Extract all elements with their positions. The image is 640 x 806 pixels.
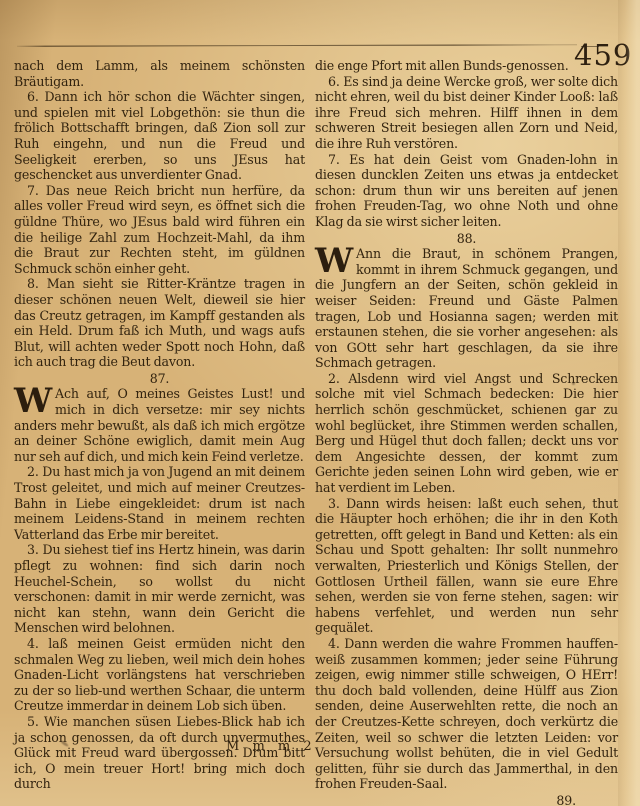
left-column: nach dem Lamm, als meinem schönsten Bräu… xyxy=(14,58,305,806)
text-columns: nach dem Lamm, als meinem schönsten Bräu… xyxy=(14,58,618,806)
continuation-line: die enge Pfort mit allen Bunds-genossen. xyxy=(315,58,618,74)
verse-number: 8. xyxy=(27,276,39,291)
verse-number: 6. xyxy=(27,89,39,104)
verse-number: 5. xyxy=(27,714,39,729)
verse-text: Es hat dein Geist vom Gnaden-lohn in die… xyxy=(315,152,618,229)
verse-text: laß meinen Geist ermüden nicht den schma… xyxy=(14,636,305,713)
verse-text: Du hast mich ja von Jugend an mit deinem… xyxy=(14,464,305,541)
drop-cap-initial: W xyxy=(14,386,55,414)
verse-paragraph: 7. Es hat dein Geist vom Gnaden-lohn in … xyxy=(315,152,618,230)
stanza-text: Ann die Braut, in schönem Prangen, kommt… xyxy=(315,246,618,370)
verse-paragraph: 7. Das neue Reich bricht nun herfüre, da… xyxy=(14,183,305,277)
verse-number: 3. xyxy=(27,542,39,557)
header-rule xyxy=(17,44,577,46)
verse-paragraph: 8. Man sieht sie Ritter-Kräntze tragen i… xyxy=(14,276,305,370)
verse-text: Dann wirds heisen: laßt euch sehen, thut… xyxy=(315,496,618,636)
verse-number: 4. xyxy=(328,636,340,651)
verse-paragraph: 4. laß meinen Geist ermüden nicht den sc… xyxy=(14,636,305,714)
catchword-next-hymn-number: 89. xyxy=(315,793,618,806)
verse-paragraph: 3. Dann wirds heisen: laßt euch sehen, t… xyxy=(315,496,618,636)
verse-number: 2. xyxy=(27,464,39,479)
stanza-text: Ach auf, O meines Geistes Lust! und mich… xyxy=(14,386,305,463)
verse-paragraph: 6. Es sind ja deine Wercke groß, wer sol… xyxy=(315,74,618,152)
continuation-line: nach dem Lamm, als meinem schönsten Bräu… xyxy=(14,58,305,89)
signature-mark: M m m 2 xyxy=(226,739,312,754)
verse-number: 4. xyxy=(27,636,39,651)
verse-text: Dann ich hör schon die Wächter singen, u… xyxy=(14,89,305,182)
stanza-paragraph: WAnn die Braut, in schönem Prangen, komm… xyxy=(315,246,618,371)
verse-text: Es sind ja deine Wercke groß, wer solte … xyxy=(315,74,618,151)
hymn-number-heading: 87. xyxy=(14,371,305,387)
verse-number: 7. xyxy=(328,152,340,167)
verse-text: Man sieht sie Ritter-Kräntze tragen in d… xyxy=(14,276,305,369)
verse-paragraph: 2. Alsdenn wird viel Angst und Schrecken… xyxy=(315,371,618,496)
scanned-book-page: 459 nach dem Lamm, als meinem schönsten … xyxy=(0,0,640,806)
verse-number: 6. xyxy=(328,74,340,89)
right-column: die enge Pfort mit allen Bunds-genossen.… xyxy=(315,58,618,806)
verse-text: Das neue Reich bricht nun herfüre, da al… xyxy=(14,183,305,276)
hymn-number-heading: 88. xyxy=(315,231,618,247)
verse-text: Dann werden die wahre Frommen hauffen-we… xyxy=(315,636,618,791)
verse-paragraph: 3. Du siehest tief ins Hertz hinein, was… xyxy=(14,542,305,636)
ink-speck xyxy=(572,382,575,385)
verse-paragraph: 6. Dann ich hör schon die Wächter singen… xyxy=(14,89,305,183)
drop-cap-initial: W xyxy=(315,246,356,274)
verse-paragraph: 4. Dann werden die wahre Frommen hauffen… xyxy=(315,636,618,792)
verse-number: 7. xyxy=(27,183,39,198)
verse-text: Alsdenn wird viel Angst und Schrecken so… xyxy=(315,371,618,495)
verse-number: 2. xyxy=(328,371,340,386)
verse-text: Du siehest tief ins Hertz hinein, was da… xyxy=(14,542,305,635)
verse-number: 3. xyxy=(328,496,340,511)
stanza-paragraph: WAch auf, O meines Geistes Lust! und mic… xyxy=(14,386,305,464)
verse-paragraph: 2. Du hast mich ja von Jugend an mit dei… xyxy=(14,464,305,542)
